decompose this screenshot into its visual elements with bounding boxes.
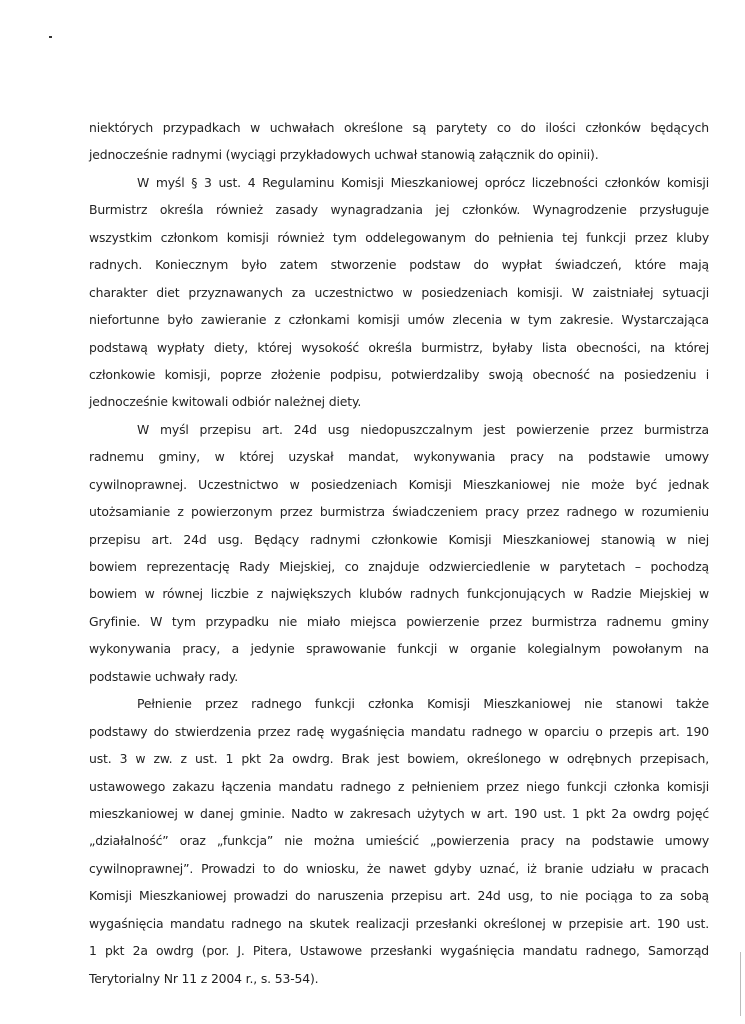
scanned-document-page: niektórych przypadkach w uchwałach okreś… bbox=[0, 0, 745, 1024]
text-line: jednocześnie radnymi (wyciągi przykładow… bbox=[89, 141, 709, 168]
text-line: Pełnienie przez radnego funkcji członka … bbox=[89, 690, 709, 717]
text-line: podstawy do stwierdzenia przez radę wyga… bbox=[89, 718, 709, 745]
text-line: wygaśnięcia mandatu radnego na skutek re… bbox=[89, 910, 709, 937]
text-line: radnych. Koniecznym było zatem stworzeni… bbox=[89, 251, 709, 278]
text-line: wszystkim członkom komisji również tym o… bbox=[89, 224, 709, 251]
text-line: mieszkaniowej w danej gminie. Nadto w za… bbox=[89, 800, 709, 827]
text-line: cywilnoprawnej”. Prowadzi to do wniosku,… bbox=[89, 855, 709, 882]
text-line: bowiem reprezentację Rady Miejskiej, co … bbox=[89, 553, 709, 580]
text-line: bowiem w równej liczbie z największych k… bbox=[89, 580, 709, 607]
scan-speck bbox=[49, 36, 52, 38]
text-line: Gryfinie. W tym przypadku nie miało miej… bbox=[89, 608, 709, 635]
text-line: utożsamianie z powierzonym przez burmist… bbox=[89, 498, 709, 525]
text-line: wykonywania pracy, a jedynie sprawowanie… bbox=[89, 635, 709, 662]
text-line: podstawie uchwały rady. bbox=[89, 663, 709, 690]
text-line: Komisji Mieszkaniowej prowadzi do narusz… bbox=[89, 882, 709, 909]
text-line: niektórych przypadkach w uchwałach okreś… bbox=[89, 114, 709, 141]
text-line: cywilnoprawnej. Uczestnictwo w posiedzen… bbox=[89, 471, 709, 498]
document-body: niektórych przypadkach w uchwałach okreś… bbox=[89, 114, 709, 992]
text-line: niefortunne było zawieranie z członkami … bbox=[89, 306, 709, 333]
text-line: Terytorialny Nr 11 z 2004 r., s. 53-54). bbox=[89, 965, 709, 992]
text-line: Burmistrz określa również zasady wynagra… bbox=[89, 196, 709, 223]
text-line: charakter diet przyznawanych za uczestni… bbox=[89, 279, 709, 306]
text-line: W myśl § 3 ust. 4 Regulaminu Komisji Mie… bbox=[89, 169, 709, 196]
text-line: ustawowego zakazu łączenia mandatu radne… bbox=[89, 773, 709, 800]
text-line: członkowie komisji, poprze złożenie podp… bbox=[89, 361, 709, 388]
text-line: jednocześnie kwitowali odbiór należnej d… bbox=[89, 388, 709, 415]
text-line: podstawą wypłaty diety, której wysokość … bbox=[89, 334, 709, 361]
scan-edge-artifact bbox=[740, 952, 741, 1016]
text-line: radnemu gminy, w której uzyskał mandat, … bbox=[89, 443, 709, 470]
text-line: przepisu art. 24d usg. Będący radnymi cz… bbox=[89, 526, 709, 553]
text-line: 1 pkt 2a owdrg (por. J. Pitera, Ustawowe… bbox=[89, 937, 709, 964]
text-line: „działalność” oraz „funkcja” nie można u… bbox=[89, 827, 709, 854]
text-line: ust. 3 w zw. z ust. 1 pkt 2a owdrg. Brak… bbox=[89, 745, 709, 772]
text-line: W myśl przepisu art. 24d usg niedopuszcz… bbox=[89, 416, 709, 443]
